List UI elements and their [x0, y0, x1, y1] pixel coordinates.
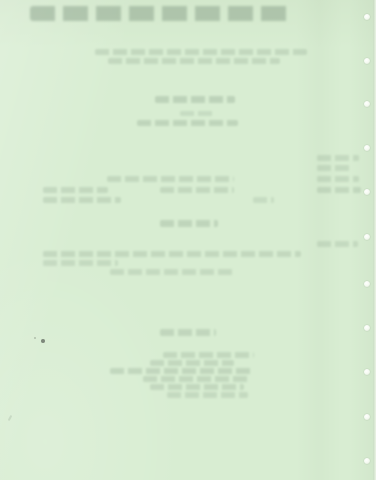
punch-hole	[364, 414, 370, 420]
punch-hole	[364, 234, 370, 240]
punch-hole	[364, 145, 370, 151]
punch-hole-layer	[0, 0, 376, 480]
punch-hole	[364, 281, 370, 287]
punch-hole	[364, 101, 370, 107]
page	[0, 0, 376, 480]
punch-hole	[364, 58, 370, 64]
punch-hole	[364, 325, 370, 331]
punch-hole	[364, 458, 370, 464]
punch-hole	[364, 369, 370, 375]
punch-hole	[364, 189, 370, 195]
punch-hole	[364, 14, 370, 20]
